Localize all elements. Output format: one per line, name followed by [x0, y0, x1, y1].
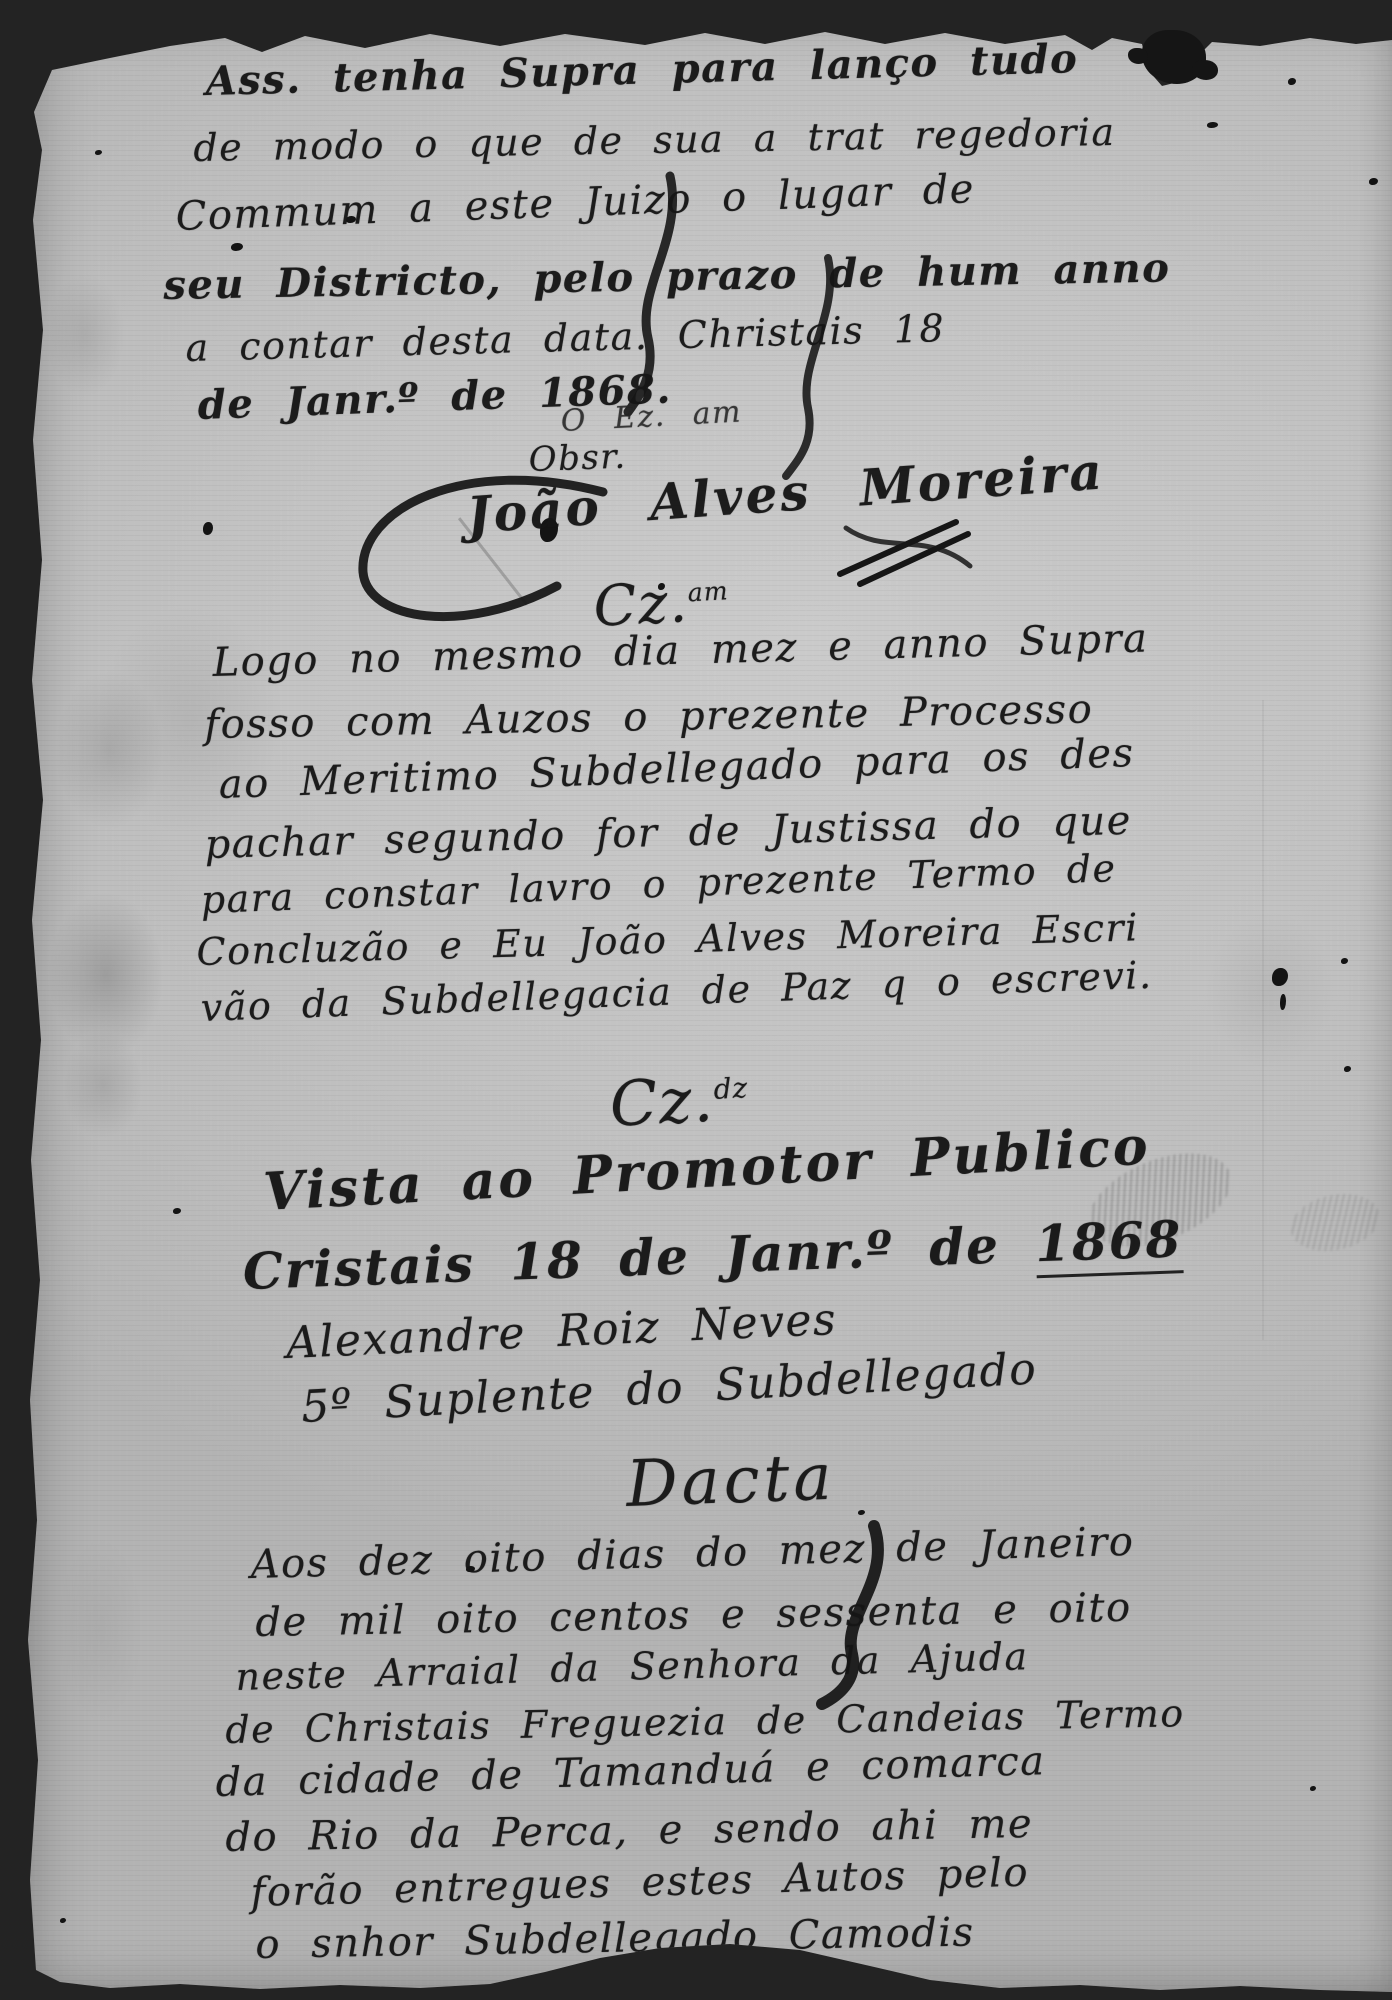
- ink-blot: [1192, 60, 1218, 80]
- paper-sheet: Ass. tenha Supra para lanço tudo de modo…: [0, 0, 1392, 2000]
- paper-edge-shading: [0, 0, 1392, 2000]
- scan-background: Ass. tenha Supra para lanço tudo de modo…: [0, 0, 1392, 2000]
- ink-speck: [22, 320, 28, 336]
- ink-blot: [1128, 48, 1148, 64]
